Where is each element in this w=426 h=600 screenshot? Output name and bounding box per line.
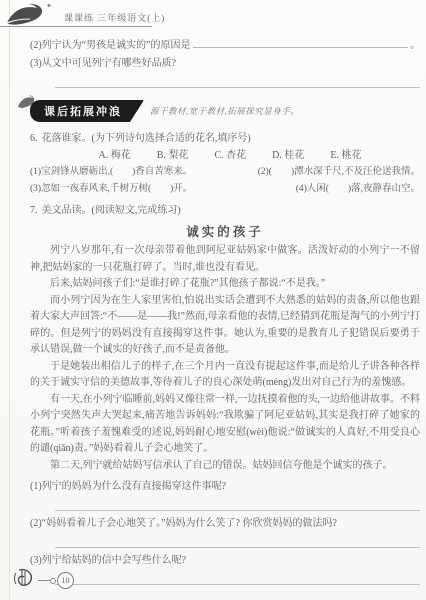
question-7-number: 7. (30, 205, 38, 216)
question-7: 7.美文品读。(阅读短文,完成练习) 诚实的孩子 列宁八岁那年,有一次母亲带着他… (30, 202, 420, 600)
question-2-period: 。 (410, 37, 420, 55)
footer-connector-dot (50, 578, 56, 584)
book-title: 三年级语文(上) (97, 13, 165, 23)
decorative-swirl-icon (12, 567, 36, 594)
essay-paragraph: 列宁八岁那年,有一次母亲带着他到阿尼亚姑妈家中做客。活泼好动的小列宁一不留神,把… (30, 243, 420, 276)
clue-2: (2)( )潭水深千尺,不及汪伦送我情。 (258, 164, 420, 181)
page-content: (2)列宁认为“男孩是诚实的”的原因是 。 (3)从文中可见列宁有哪些好品质? … (0, 34, 426, 600)
essay-paragraph: 后来,姑妈问孩子们:“是谁打碎了花瓶?”其他孩子都说:“不是我。” (30, 276, 420, 293)
question-6-options: A. 梅花 B. 梨花 C. 杏花 D. 桂花 E. 桃花 (30, 147, 420, 164)
essay-paragraph: 而小列宁因为在生人家里害怕,怕说出实话会遭到不大熟悉的姑妈的责备,所以他也跟着大… (30, 293, 420, 359)
clue-row-2: (3)忽如一夜春风来,千树万树( )开。 (4)人闲( )落,夜静春山空。 (30, 181, 420, 198)
option-c: C. 杏花 (214, 147, 246, 164)
question-6: 6.花落谁家。(为下列诗句选择合适的花名,填序号) A. 梅花 B. 梨花 C.… (30, 130, 420, 198)
question-6-number: 6. (30, 133, 38, 144)
answer-line (55, 87, 420, 88)
essay-paragraph: 第二天,列宁就给姑妈写信承认了自己的错误。姑妈回信夸他是个诚实的孩子。 (30, 458, 420, 475)
question-7-title-row: 7.美文品读。(阅读短文,完成练习) (30, 202, 420, 219)
option-d: D. 桂花 (272, 147, 304, 164)
section-banner-subtitle: 源于教材,宽于教材,拓展探究显身手。 (150, 105, 299, 117)
sub-question-2: (2)“妈妈看着儿子会心地笑了。”妈妈为什么笑了? 你欣赏妈妈的做法吗? (30, 516, 420, 532)
answer-line (55, 510, 420, 511)
answer-line (55, 584, 420, 585)
page-header: ✦ 课课练 三年级语文(上) (0, 0, 426, 34)
clue-3: (3)忽如一夜春风来,千树万树( )开。 (30, 181, 192, 198)
header-rule (0, 26, 152, 27)
question-2-text: (2)列宁认为“男孩是诚实的”的原因是 (30, 37, 191, 55)
question-6-title-row: 6.花落谁家。(为下列诗句选择合适的花名,填序号) (30, 130, 420, 147)
star-icon: ✦ (46, 2, 52, 10)
essay-paragraph: 于是她装出相信儿子的样子,在三个月内一直没有提起这件事,而是给儿子讲各种各样的关… (30, 359, 420, 392)
sub-question-1: (1)列宁的妈妈为什么没有直接揭穿这件事呢? (30, 479, 420, 495)
clue-4: (4)人闲( )落,夜静春山空。 (296, 181, 420, 198)
option-e: E. 桃花 (330, 147, 361, 164)
footer-connector-line (38, 580, 50, 581)
clue-row-1: (1)宝剑锋从磨砺出,( )香自苦寒来。 (2)( )潭水深千尺,不及汪伦送我情… (30, 164, 420, 181)
answer-line (55, 547, 420, 548)
dolphin-logo-icon (4, 3, 46, 32)
sub-question-3: (3)列宁给姑妈的信中会写些什么呢? (30, 553, 420, 569)
question-2-answer-blank (193, 34, 408, 48)
essay-title: 诚实的孩子 (30, 222, 420, 240)
header-title: 课课练 三年级语文(上) (64, 11, 165, 24)
page-footer: 10 (12, 567, 74, 594)
series-title: 课课练 (64, 13, 94, 23)
option-b: B. 梨花 (157, 147, 189, 164)
workbook-page: ✦ 课课练 三年级语文(上) (2)列宁认为“男孩是诚实的”的原因是 。 (3)… (0, 0, 426, 600)
question-7-title: 美文品读。(阅读短文,完成练习) (42, 205, 181, 216)
section-banner-title: 课后拓展冲浪 (30, 100, 144, 122)
question-3-text: (3)从文中可见列宁有哪些好品质? (30, 55, 420, 73)
section-banner-row: 课后拓展冲浪 源于教材,宽于教材,拓展探究显身手。 (30, 101, 420, 121)
clue-1: (1)宝剑锋从磨砺出,( )香自苦寒来。 (30, 164, 192, 181)
essay-paragraph: 有一天,在小列宁临睡前,妈妈又像往常一样,一边抚摸着他的头,一边给他讲故事。不料… (30, 392, 420, 458)
option-a: A. 梅花 (99, 147, 131, 164)
question-2-row: (2)列宁认为“男孩是诚实的”的原因是 。 (30, 34, 420, 55)
page-number-badge: 10 (57, 572, 74, 589)
question-6-title: 花落谁家。(为下列诗句选择合适的花名,填序号) (42, 133, 251, 144)
